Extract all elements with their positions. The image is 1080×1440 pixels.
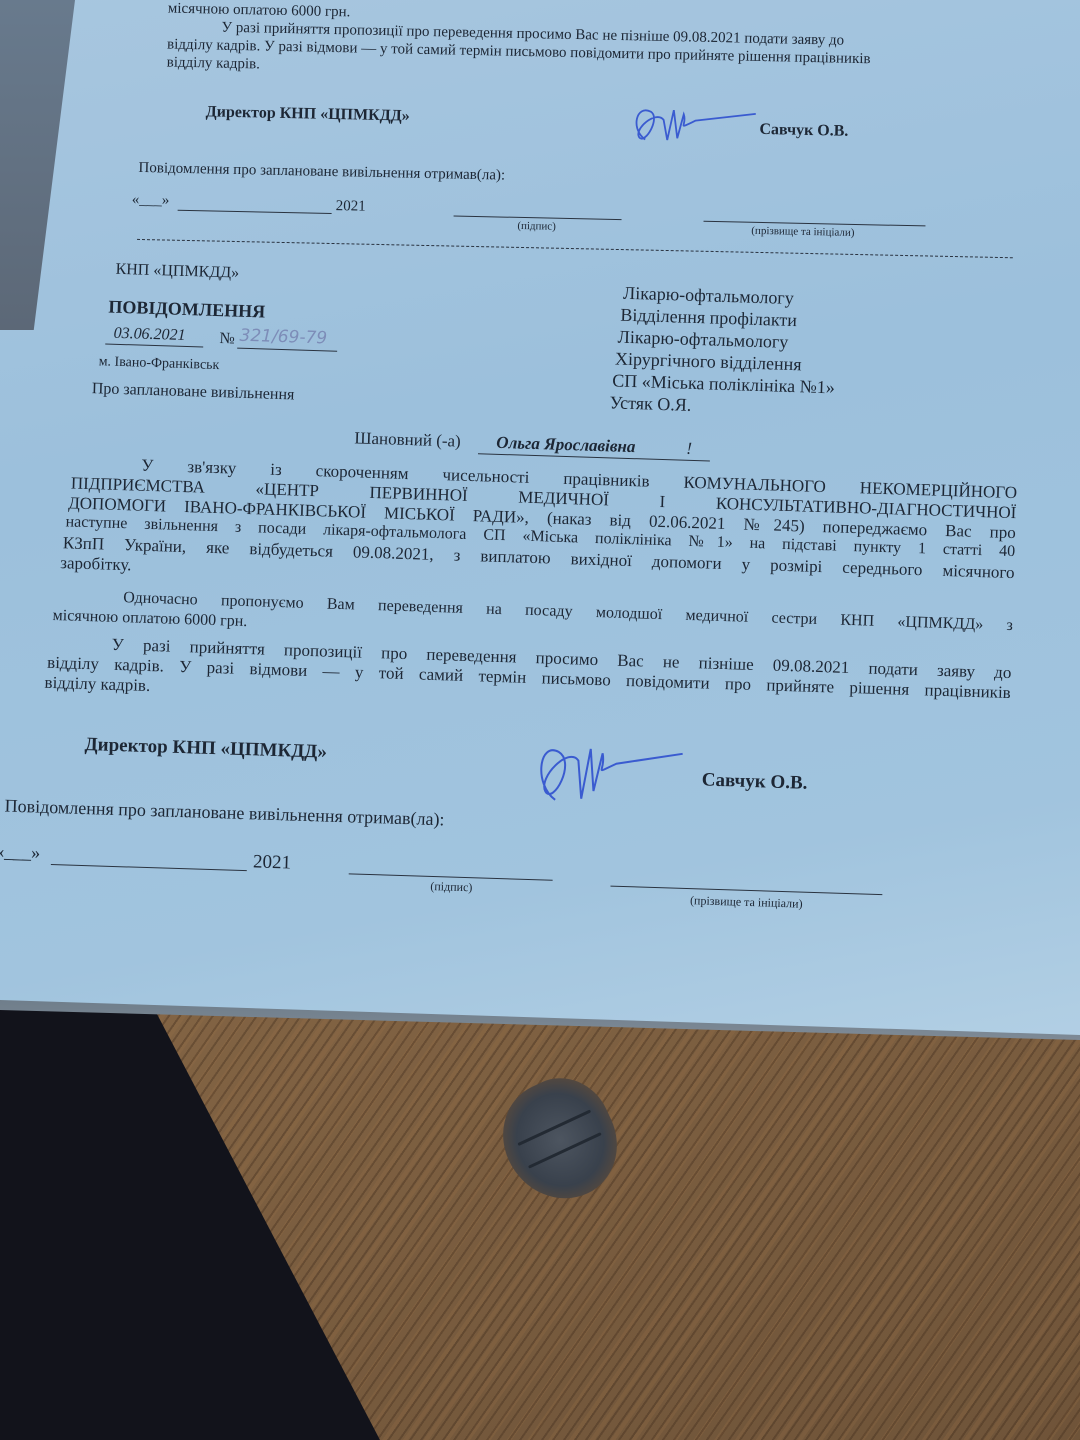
addressee-line: Лікарю-офтальмологу	[617, 328, 788, 351]
document-content: місячною оплатою 6000 грн. У разі прийня…	[0, 0, 1080, 1000]
city: м. Івано-Франківськ	[98, 355, 219, 373]
body-line: заробітку.	[60, 554, 132, 573]
date-month-line	[51, 864, 247, 871]
salutation-name: Ольга Ярославівна	[496, 434, 636, 455]
notice-number: 321/69-79	[239, 328, 327, 348]
addressee-line: Хірургічного відділення	[615, 350, 802, 374]
signature-caption: (підпис)	[430, 880, 472, 893]
body-line: відділу кадрів.	[44, 674, 150, 694]
name-caption: (прізвище та ініціали)	[690, 894, 803, 910]
name-line	[610, 886, 882, 896]
subject: Про заплановане вивільнення	[92, 381, 295, 403]
director-name: Савчук О.В.	[702, 770, 808, 792]
organization: КНП «ЦПМКДД»	[115, 262, 239, 282]
addressee-line: Лікарю-офтальмологу	[623, 284, 794, 307]
body-line: місячною оплатою 6000 грн.	[52, 608, 247, 630]
notice-date: 03.06.2021	[113, 326, 185, 344]
date-day-field: «___»	[0, 842, 41, 861]
notice: КНП «ЦПМКДД» ПОВІДОМЛЕННЯ 03.06.2021 № 3…	[0, 0, 1079, 1033]
salutation-prefix: Шановний (-а)	[354, 429, 461, 449]
salutation-suffix: !	[686, 440, 692, 457]
received-label: Повідомлення про заплановане вивільнення…	[4, 797, 444, 829]
number-label: №	[219, 331, 235, 347]
body-paragraph-1: У зв'язку із скороченням чисельності пра…	[0, 0, 1079, 34]
notice-title: ПОВІДОМЛЕННЯ	[108, 298, 265, 321]
body-paragraph-2: Одночасно пропонуємо Вам переведення на …	[0, 0, 1079, 34]
date-underline	[105, 343, 203, 347]
addressee-line: Устяк О.Я.	[609, 393, 691, 414]
year: 2021	[253, 852, 292, 872]
director-title: Директор КНП «ЦПМКДД»	[84, 735, 327, 762]
addressee-block: Лікарю-офтальмологу Відділення профілакт…	[0, 0, 1079, 34]
signature-icon	[531, 729, 693, 814]
body-paragraph-3: У разі прийняття пропозиції про переведе…	[0, 0, 1079, 34]
addressee-line: Відділення профілакти	[620, 306, 797, 330]
